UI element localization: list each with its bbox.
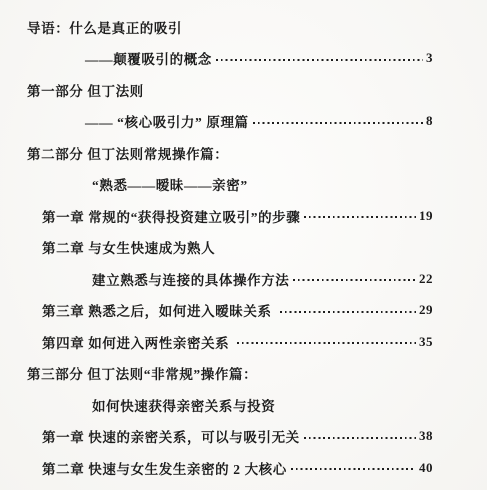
toc-line: 第三部分 但丁法则“非常规”操作篇： <box>0 358 487 390</box>
toc-line-text: ——颠覆吸引的概念 <box>85 48 212 68</box>
page-number: 8 <box>426 113 433 129</box>
dot-leader <box>237 342 416 344</box>
toc-line: 第二章 与女生快速成为熟人 <box>0 232 487 264</box>
toc-line: 建立熟悉与连接的具体操作方法 22 <box>0 263 487 295</box>
toc-line: 导语：什么是真正的吸引 <box>0 11 487 43</box>
dot-leader <box>280 311 416 313</box>
toc-line-text: 第三部分 但丁法则“非常规”操作篇： <box>27 363 257 383</box>
toc-line: —— “核心吸引力” 原理篇 8 <box>0 106 487 138</box>
toc-line: 第四章 如何进入两性亲密关系 35 <box>0 326 487 358</box>
page-number: 22 <box>419 271 433 287</box>
toc-line-text: 第一章 快速的亲密关系，可以与吸引无关 <box>42 426 300 446</box>
page-number: 38 <box>419 428 433 444</box>
toc-line: “熟悉——暧昧——亲密” <box>0 169 487 201</box>
page-number: 35 <box>419 334 433 350</box>
dot-leader <box>293 279 416 281</box>
toc-line-text: 建立熟悉与连接的具体操作方法 <box>92 269 289 289</box>
toc-line: 第三章 熟悉之后，如何进入暧昧关系 29 <box>0 295 487 327</box>
page-number: 19 <box>419 208 433 224</box>
toc-page: 导语：什么是真正的吸引 ——颠覆吸引的概念 3 第一部分 但丁法则 —— “核心… <box>0 0 487 490</box>
dot-leader <box>304 437 416 439</box>
toc-line-text: 第一章 常规的“获得投资建立吸引”的步骤 <box>42 206 300 226</box>
toc-line: 第一章 快速的亲密关系，可以与吸引无关 38 <box>0 421 487 453</box>
dot-leader <box>216 59 423 61</box>
toc-line-text: “熟悉——暧昧——亲密” <box>92 174 248 194</box>
toc-line-text: 第三章 熟悉之后，如何进入暧昧关系 <box>42 300 276 320</box>
page-number: 3 <box>426 50 433 66</box>
toc-line: ——颠覆吸引的概念 3 <box>0 43 487 75</box>
page-number: 29 <box>419 302 433 318</box>
toc-line-text: 第二章 快速与女生发生亲密的 2 大核心 <box>42 458 287 478</box>
dot-leader <box>304 216 416 218</box>
toc-line-text: 第四章 如何进入两性亲密关系 <box>42 332 233 352</box>
toc-line: 第一章 常规的“获得投资建立吸引”的步骤 19 <box>0 200 487 232</box>
toc-line: 如何快速获得亲密关系与投资 <box>0 389 487 421</box>
toc-line-text: 导语：什么是真正的吸引 <box>27 17 182 37</box>
toc-line: 第二部分 但丁法则常规操作篇： <box>0 137 487 169</box>
page-number: 40 <box>419 460 433 476</box>
toc-line-text: —— “核心吸引力” 原理篇 <box>85 111 249 131</box>
dot-leader <box>291 468 416 470</box>
toc-line-text: 第二章 与女生快速成为熟人 <box>42 237 215 257</box>
dot-leader <box>253 122 423 124</box>
toc-line: 第一部分 但丁法则 <box>0 74 487 106</box>
toc-line-text: 如何快速获得亲密关系与投资 <box>92 395 275 415</box>
toc-line-text: 第一部分 但丁法则 <box>27 80 144 100</box>
toc-line-text: 第二部分 但丁法则常规操作篇： <box>27 143 228 163</box>
toc-line: 第二章 快速与女生发生亲密的 2 大核心 40 <box>0 452 487 484</box>
